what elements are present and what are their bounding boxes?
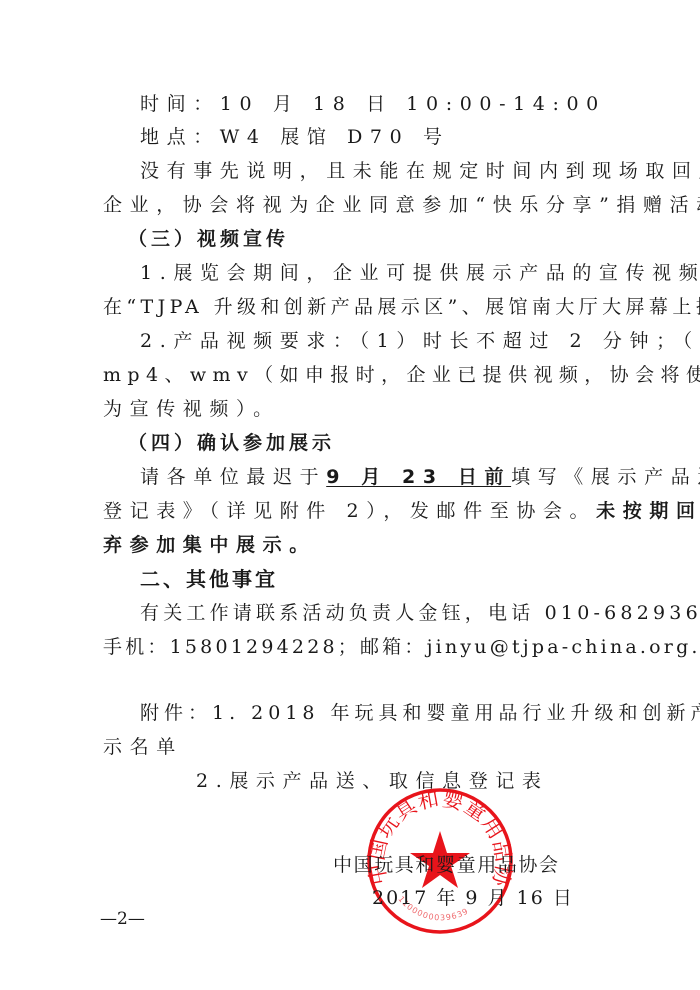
video-para1-line1: 1.展览会期间，企业可提供展示产品的宣传视频，协会将 (140, 261, 603, 285)
confirm-text: 填写《展示产品送、取信息 (511, 466, 700, 488)
attachment-line-1: 附件：1. 2018 年玩具和婴童用品行业升级和创新产品展 (140, 701, 603, 725)
video-para1-line2: 在“TJPA 升级和创新产品展示区”、展馆南大厅大屏幕上播放。 (103, 295, 603, 319)
deadline-highlight: 9 月 23 日前 (326, 466, 511, 488)
section4-heading: （四）确认参加展示 (128, 431, 591, 455)
confirm-line-2: 登记表》（详见附件 2），发邮件至协会。未按期回复的视为放 (103, 499, 603, 523)
signature-org: 中国玩具和婴童用品协会 (333, 853, 560, 877)
contact-line-1: 有关工作请联系活动负责人金钰，电话 010-68293615； (140, 601, 603, 625)
warning-text: 未按期回复的视为放 (596, 500, 700, 522)
video-para2-line2: mp4、wmv（如申报时，企业已提供视频，协会将使用该视频作 (103, 363, 603, 387)
confirm-text: 请各单位最迟于 (140, 466, 326, 488)
section3-heading: （三）视频宣传 (128, 227, 591, 251)
video-para2-line1: 2.产品视频要求：（1）时长不超过 2 分钟；（2）格式为 (140, 329, 603, 353)
time-line: 时间：10 月 18 日 10:00-14:00 (140, 92, 603, 116)
page-number: —2— (100, 909, 145, 929)
confirm-line-1: 请各单位最迟于9 月 23 日前填写《展示产品送、取信息 (140, 465, 603, 489)
contact-line-2: 手机：15801294228；邮箱：jinyu@tjpa-china.org. (103, 635, 603, 659)
notice-line-2: 企业，协会将视为企业同意参加“快乐分享”捐赠活动。 (103, 193, 603, 217)
signature-date: 2017 年 9 月 16 日 (372, 886, 574, 910)
confirm-text: 登记表》（详见附件 2），发邮件至协会。 (103, 500, 596, 522)
document-page: 时间：10 月 18 日 10:00-14:00 地点：W4 展馆 D70 号 … (0, 0, 700, 990)
attachment-line-2: 示名单 (103, 735, 603, 759)
video-para2-line3: 为宣传视频）。 (103, 397, 603, 421)
confirm-line-3: 弃参加集中展示。 (103, 533, 603, 557)
notice-line-1: 没有事先说明，且未能在规定时间内到现场取回展品的 (140, 159, 603, 183)
place-line: 地点：W4 展馆 D70 号 (140, 125, 603, 149)
section-other-heading: 二、其他事宜 (140, 567, 603, 591)
